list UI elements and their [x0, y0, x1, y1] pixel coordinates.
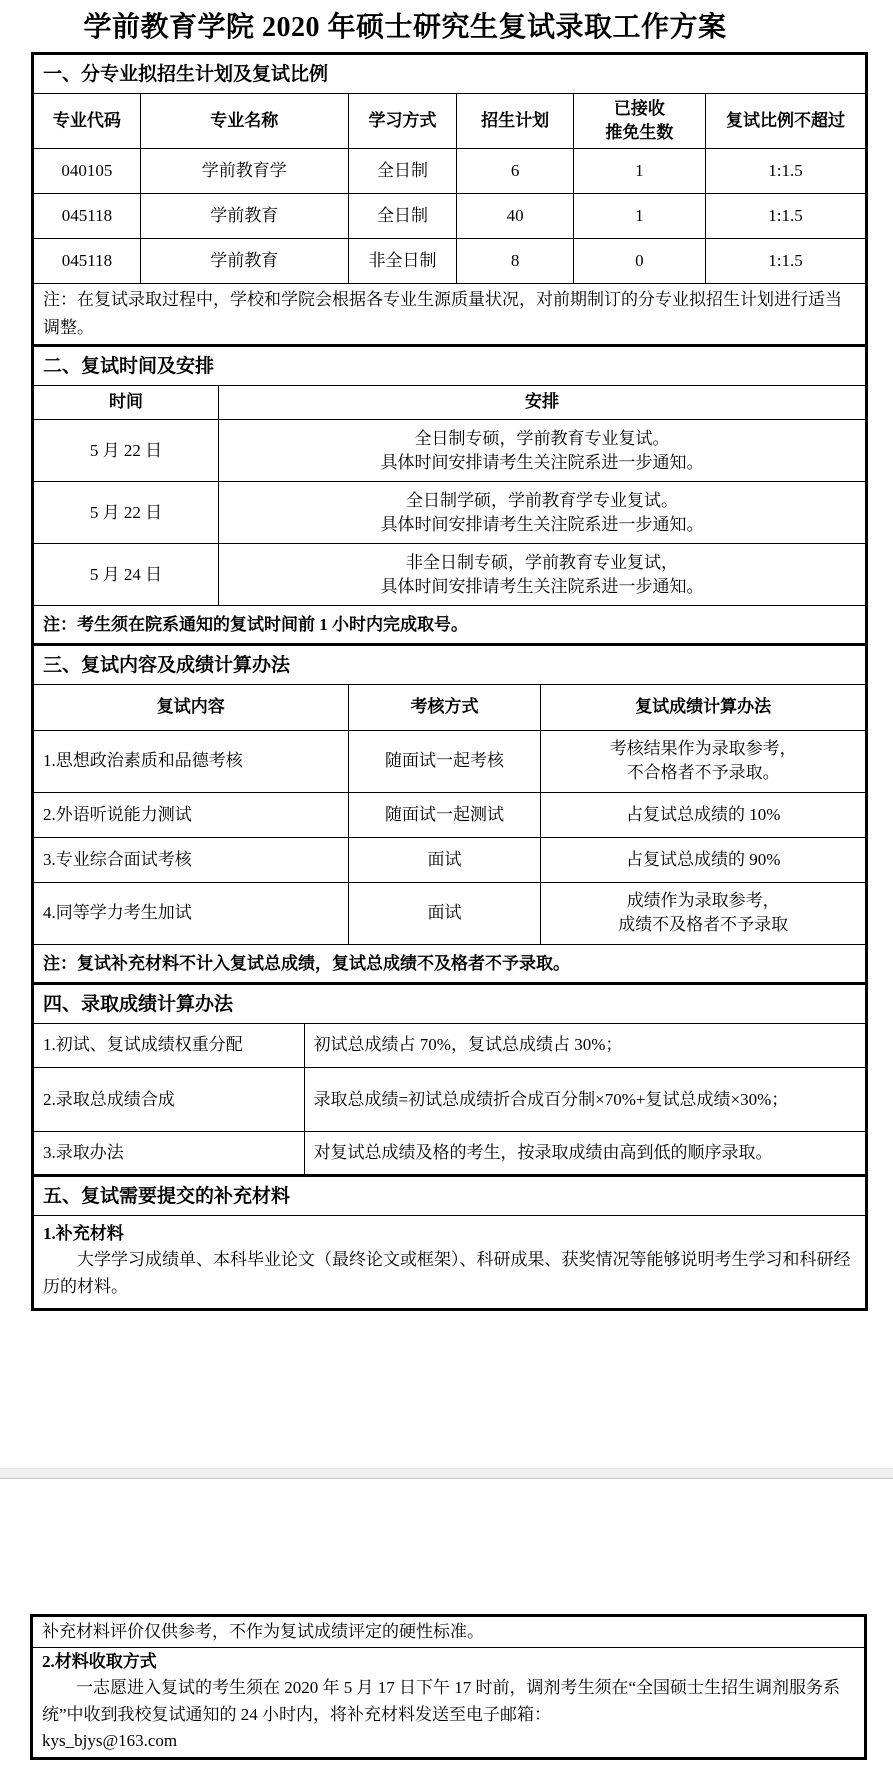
- score-calc-cell: 考核结果作为录取参考， 不合格者不予录取。: [541, 730, 865, 792]
- schedule-header-row: 时间 安排: [34, 386, 865, 420]
- table-row: 5 月 24 日 非全日制专硕，学前教育专业复试， 具体时间安排请考生关注院系进…: [34, 544, 865, 606]
- section-3-heading: 三、复试内容及成绩计算办法: [34, 643, 865, 685]
- score-rule-value-cell: 初试总成绩占 70%，复试总成绩占 30%；: [304, 1024, 865, 1068]
- supplement-material-title: 1.补充材料: [43, 1221, 856, 1246]
- table-row: 2.录取总成绩合成 录取总成绩=初试总成绩折合成百分制×70%+复试总成绩×30…: [34, 1068, 865, 1132]
- material-collection-title: 2.材料收取方式: [42, 1650, 855, 1674]
- assess-method-cell: 随面试一起考核: [348, 730, 541, 792]
- page-break-separator: [0, 1468, 893, 1479]
- schedule-arrangement-cell: 全日制专硕，学前教育专业复试。 具体时间安排请考生关注院系进一步通知。: [218, 420, 865, 482]
- section-2-heading: 二、复试时间及安排: [34, 344, 865, 386]
- arrangement-line2: 具体时间安排请考生关注院系进一步通知。: [223, 451, 861, 475]
- retest-ratio-cell: 1:1.5: [705, 148, 865, 193]
- assess-method-cell: 面试: [348, 837, 541, 882]
- admission-plan-table: 专业代码 专业名称 学习方式 招生计划 已接收 推免生数 复试比例不超过 040…: [34, 94, 865, 284]
- enroll-plan-cell: 6: [457, 148, 573, 193]
- major-code-cell: 040105: [34, 148, 140, 193]
- retest-content-header-row: 复试内容 考核方式 复试成绩计算办法: [34, 685, 865, 730]
- score-rule-value-cell: 录取总成绩=初试总成绩折合成百分制×70%+复试总成绩×30%；: [304, 1068, 865, 1132]
- table-row: 040105 学前教育学 全日制 6 1 1:1.5: [34, 148, 865, 193]
- score-rule-value-cell: 对复试总成绩及格的考生，按录取成绩由高到低的顺序录取。: [304, 1132, 865, 1174]
- retest-content-cell: 3.专业综合面试考核: [34, 837, 348, 882]
- major-code-cell: 045118: [34, 193, 140, 238]
- enroll-plan-cell: 40: [457, 193, 573, 238]
- col-header-accepted-exempt-line1: 已接收: [578, 97, 701, 121]
- score-rule-label-cell: 1.初试、复试成绩权重分配: [34, 1024, 304, 1068]
- col-header-major-name: 专业名称: [140, 94, 348, 148]
- table-row: 5 月 22 日 全日制专硕，学前教育专业复试。 具体时间安排请考生关注院系进一…: [34, 420, 865, 482]
- score-calc-cell: 占复试总成绩的 10%: [541, 792, 865, 837]
- col-header-score-calc: 复试成绩计算办法: [541, 685, 865, 730]
- col-header-enroll-plan: 招生计划: [457, 94, 573, 148]
- col-header-accepted-exempt-line2: 推免生数: [578, 121, 701, 145]
- arrangement-line1: 非全日制专硕，学前教育专业复试，: [223, 551, 861, 575]
- col-header-assess-method: 考核方式: [348, 685, 541, 730]
- score-calc-line2: 成绩不及格者不予录取: [545, 913, 861, 937]
- section-5-heading: 五、复试需要提交的补充材料: [34, 1174, 865, 1216]
- main-document-table: 一、分专业拟招生计划及复试比例 专业代码 专业名称 学习方式 招生计划 已接收 …: [31, 52, 868, 1311]
- col-header-accepted-exempt: 已接收 推免生数: [573, 94, 705, 148]
- arrangement-line1: 全日制专硕，学前教育专业复试。: [223, 427, 861, 451]
- contact-email: kys_bjys@163.com: [42, 1728, 855, 1753]
- arrangement-line1: 全日制学硕，学前教育学专业复试。: [223, 489, 861, 513]
- table-row: 5 月 22 日 全日制学硕，学前教育学专业复试。 具体时间安排请考生关注院系进…: [34, 482, 865, 544]
- col-header-retest-ratio: 复试比例不超过: [705, 94, 865, 148]
- score-calc-cell: 占复试总成绩的 90%: [541, 837, 865, 882]
- schedule-date-cell: 5 月 24 日: [34, 544, 218, 606]
- admission-plan-header-row: 专业代码 专业名称 学习方式 招生计划 已接收 推免生数 复试比例不超过: [34, 94, 865, 148]
- admission-score-table: 1.初试、复试成绩权重分配 初试总成绩占 70%，复试总成绩占 30%； 2.录…: [34, 1024, 865, 1174]
- accepted-exempt-cell: 0: [573, 238, 705, 283]
- assess-method-cell: 面试: [348, 882, 541, 944]
- schedule-arrangement-cell: 非全日制专硕，学前教育专业复试， 具体时间安排请考生关注院系进一步通知。: [218, 544, 865, 606]
- continuation-table: 补充材料评价仅供参考，不作为复试成绩评定的硬性标准。 2.材料收取方式 一志愿进…: [30, 1614, 867, 1760]
- col-header-major-code: 专业代码: [34, 94, 140, 148]
- section-1-note: 注：在复试录取过程中，学校和学院会根据各专业生源质量状况，对前期制订的分专业拟招…: [34, 284, 865, 344]
- retest-content-cell: 2.外语听说能力测试: [34, 792, 348, 837]
- study-mode-cell: 全日制: [348, 148, 457, 193]
- score-rule-label-cell: 2.录取总成绩合成: [34, 1068, 304, 1132]
- document-title: 学前教育学院 2020 年硕士研究生复试录取工作方案: [0, 8, 810, 48]
- section-1-heading: 一、分专业拟招生计划及复试比例: [34, 55, 865, 94]
- table-row: 3.录取办法 对复试总成绩及格的考生，按录取成绩由高到低的顺序录取。: [34, 1132, 865, 1174]
- retest-content-cell: 4.同等学力考生加试: [34, 882, 348, 944]
- table-row: 1.初试、复试成绩权重分配 初试总成绩占 70%，复试总成绩占 30%；: [34, 1024, 865, 1068]
- arrangement-line2: 具体时间安排请考生关注院系进一步通知。: [223, 513, 861, 537]
- major-name-cell: 学前教育: [140, 238, 348, 283]
- study-mode-cell: 非全日制: [348, 238, 457, 283]
- table-row: 1.思想政治素质和品德考核 随面试一起考核 考核结果作为录取参考， 不合格者不予…: [34, 730, 865, 792]
- table-row: 4.同等学力考生加试 面试 成绩作为录取参考， 成绩不及格者不予录取: [34, 882, 865, 944]
- col-header-retest-content: 复试内容: [34, 685, 348, 730]
- section-3-note: 注：复试补充材料不计入复试总成绩，复试总成绩不及格者不予录取。: [34, 945, 865, 982]
- retest-ratio-cell: 1:1.5: [705, 193, 865, 238]
- material-collection-body: 一志愿进入复试的考生须在 2020 年 5 月 17 日下午 17 时前，调剂考…: [42, 1674, 855, 1728]
- col-header-study-mode: 学习方式: [348, 94, 457, 148]
- score-rule-label-cell: 3.录取办法: [34, 1132, 304, 1174]
- retest-content-cell: 1.思想政治素质和品德考核: [34, 730, 348, 792]
- major-name-cell: 学前教育: [140, 193, 348, 238]
- accepted-exempt-cell: 1: [573, 148, 705, 193]
- study-mode-cell: 全日制: [348, 193, 457, 238]
- section-5-content: 1.补充材料 大学学习成绩单、本科毕业论文（最终论文或框架）、科研成果、获奖情况…: [34, 1216, 865, 1308]
- score-calc-cell: 成绩作为录取参考， 成绩不及格者不予录取: [541, 882, 865, 944]
- accepted-exempt-cell: 1: [573, 193, 705, 238]
- assess-method-cell: 随面试一起测试: [348, 792, 541, 837]
- retest-content-table: 复试内容 考核方式 复试成绩计算办法 1.思想政治素质和品德考核 随面试一起考核…: [34, 685, 865, 945]
- supplement-evaluation-note: 补充材料评价仅供参考，不作为复试成绩评定的硬性标准。: [33, 1617, 864, 1648]
- score-calc-line2: 不合格者不予录取。: [545, 761, 861, 785]
- supplement-material-body: 大学学习成绩单、本科毕业论文（最终论文或框架）、科研成果、获奖情况等能够说明考生…: [43, 1246, 856, 1300]
- enroll-plan-cell: 8: [457, 238, 573, 283]
- table-row: 3.专业综合面试考核 面试 占复试总成绩的 90%: [34, 837, 865, 882]
- section-4-heading: 四、录取成绩计算办法: [34, 982, 865, 1024]
- table-row: 045118 学前教育 非全日制 8 0 1:1.5: [34, 238, 865, 283]
- col-header-time: 时间: [34, 386, 218, 420]
- retest-ratio-cell: 1:1.5: [705, 238, 865, 283]
- schedule-date-cell: 5 月 22 日: [34, 482, 218, 544]
- material-collection-section: 2.材料收取方式 一志愿进入复试的考生须在 2020 年 5 月 17 日下午 …: [33, 1648, 864, 1757]
- major-name-cell: 学前教育学: [140, 148, 348, 193]
- schedule-arrangement-cell: 全日制学硕，学前教育学专业复试。 具体时间安排请考生关注院系进一步通知。: [218, 482, 865, 544]
- score-calc-line1: 成绩作为录取参考，: [545, 889, 861, 913]
- document-page: { "page": { "title": "学前教育学院 2020 年硕士研究生…: [0, 0, 893, 1782]
- major-code-cell: 045118: [34, 238, 140, 283]
- score-calc-line1: 考核结果作为录取参考，: [545, 737, 861, 761]
- schedule-table: 时间 安排 5 月 22 日 全日制专硕，学前教育专业复试。 具体时间安排请考生…: [34, 386, 865, 607]
- section-2-note: 注：考生须在院系通知的复试时间前 1 小时内完成取号。: [34, 606, 865, 643]
- arrangement-line2: 具体时间安排请考生关注院系进一步通知。: [223, 575, 861, 599]
- schedule-date-cell: 5 月 22 日: [34, 420, 218, 482]
- col-header-arrangement: 安排: [218, 386, 865, 420]
- table-row: 045118 学前教育 全日制 40 1 1:1.5: [34, 193, 865, 238]
- table-row: 2.外语听说能力测试 随面试一起测试 占复试总成绩的 10%: [34, 792, 865, 837]
